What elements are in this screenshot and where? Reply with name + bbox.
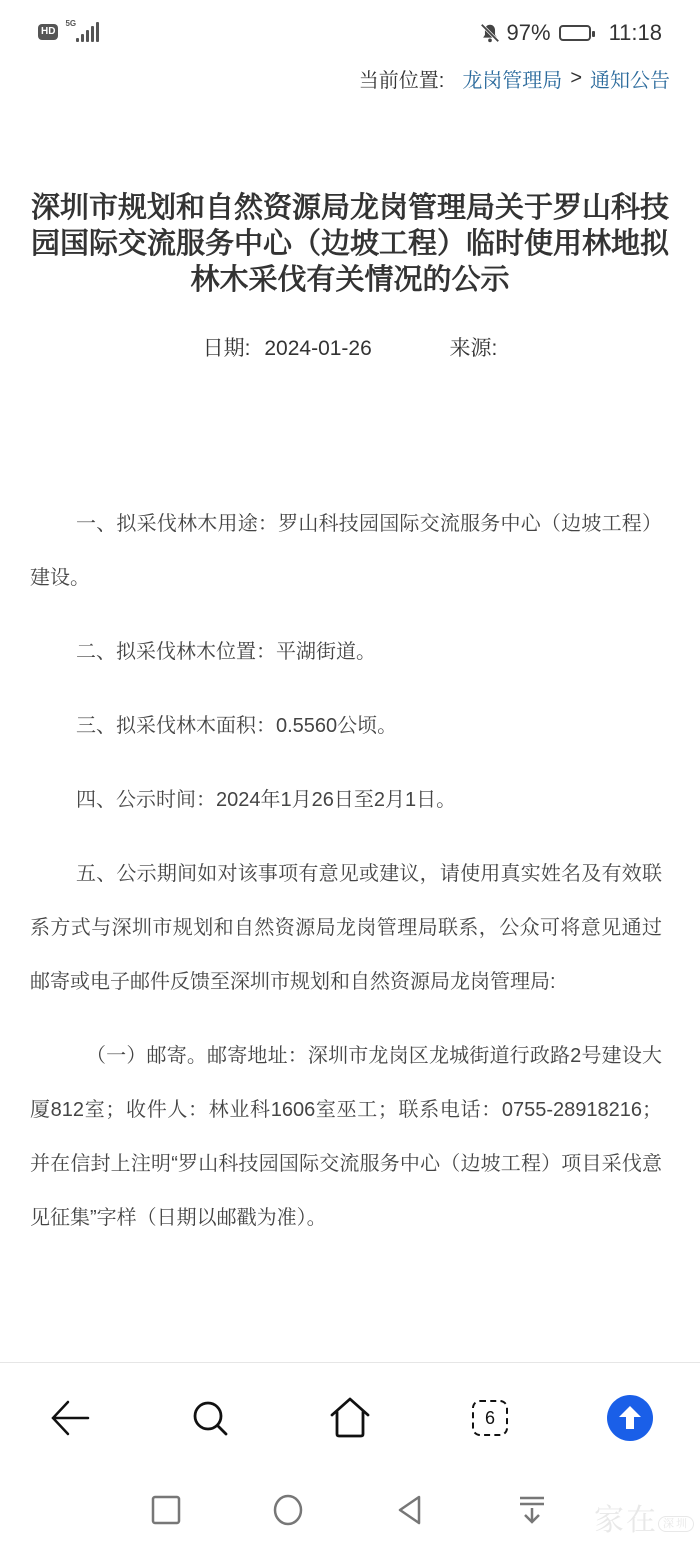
watermark-logo: 家在深圳 (594, 1495, 694, 1539)
home-icon (328, 1396, 372, 1440)
network-type-label: 5G (65, 19, 76, 28)
pull-down-icon (517, 1494, 547, 1526)
circle-icon (272, 1494, 304, 1526)
date-value: 2024-01-26 (264, 337, 371, 360)
status-right: 97% 11:18 (479, 20, 662, 46)
search-button[interactable] (185, 1393, 235, 1443)
article-title: 深圳市规划和自然资源局龙岗管理局关于罗山科技园国际交流服务中心（边坡工程）临时使… (30, 190, 670, 298)
paragraph-mail: （一）邮寄。邮寄地址：深圳市龙岗区龙城街道行政路2号建设大厦812室；收件人：林… (30, 1029, 662, 1245)
breadcrumb-link-longgang[interactable]: 龙岗管理局 (462, 64, 562, 93)
paragraph-location: 二、拟采伐林木位置：平湖街道。 (30, 625, 662, 679)
notification-pulldown-button[interactable] (512, 1490, 552, 1530)
system-back-button[interactable] (390, 1490, 430, 1530)
article-meta: 日期: 2024-01-26 来源: (0, 332, 700, 362)
arrow-left-icon (48, 1398, 92, 1438)
back-button[interactable] (45, 1393, 95, 1443)
browser-toolbar: 6 (0, 1362, 700, 1471)
arrow-up-circle-icon (607, 1395, 653, 1441)
clock: 11:18 (609, 20, 662, 46)
breadcrumb-separator: > (570, 67, 582, 90)
recents-button[interactable] (146, 1490, 186, 1530)
paragraph-purpose: 一、拟采伐林木用途：罗山科技园国际交流服务中心（边坡工程）建设。 (30, 497, 662, 605)
search-icon (190, 1398, 230, 1438)
battery-icon (559, 25, 591, 41)
paragraph-feedback: 五、公示期间如对该事项有意见或建议，请使用真实姓名及有效联系方式与深圳市规划和自… (30, 847, 662, 1009)
triangle-back-icon (395, 1494, 425, 1526)
scroll-to-top-button[interactable] (605, 1393, 655, 1443)
breadcrumb: 当前位置: 龙岗管理局 > 通知公告 (359, 64, 670, 93)
square-icon (151, 1495, 181, 1525)
tab-count-icon: 6 (472, 1400, 508, 1436)
home-button[interactable] (325, 1393, 375, 1443)
status-left: HD 5G (38, 22, 99, 42)
source-label: 来源: (449, 337, 497, 360)
system-navigation-bar: 家在深圳 (0, 1470, 700, 1547)
status-bar: HD 5G 97% 11:18 (0, 0, 700, 60)
system-home-button[interactable] (268, 1490, 308, 1530)
signal-bars-icon: 5G (66, 22, 99, 42)
hd-voice-icon: HD (38, 24, 58, 40)
paragraph-period: 四、公示时间：2024年1月26日至2月1日。 (30, 773, 662, 827)
breadcrumb-label: 当前位置: (359, 64, 445, 93)
battery-percent: 97% (507, 20, 551, 46)
breadcrumb-link-notices[interactable]: 通知公告 (590, 64, 670, 93)
bell-off-icon (479, 22, 501, 44)
tabs-button[interactable]: 6 (465, 1393, 515, 1443)
date-label: 日期: (203, 337, 251, 360)
article-body: 一、拟采伐林木用途：罗山科技园国际交流服务中心（边坡工程）建设。 二、拟采伐林木… (30, 497, 662, 1265)
paragraph-area: 三、拟采伐林木面积：0.5560公顷。 (30, 699, 662, 753)
